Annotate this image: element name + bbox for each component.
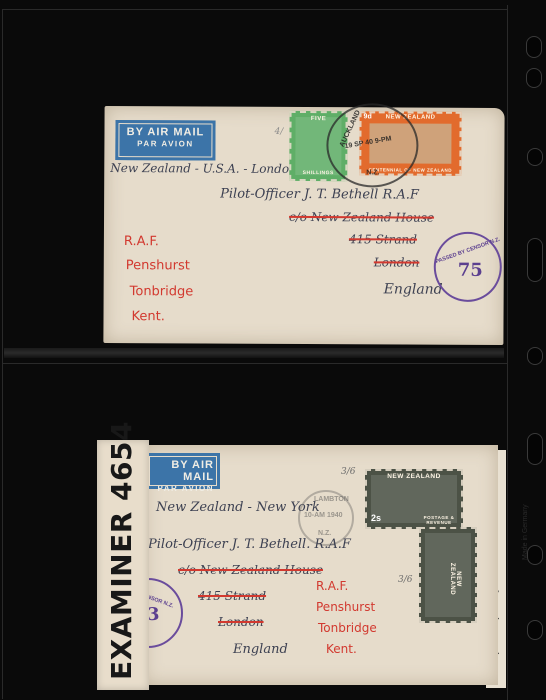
redirect-address-line-2: Penshurst	[316, 600, 375, 614]
airmail-label-line1: BY AIR MAIL	[117, 126, 213, 139]
original-address-line-3: London	[374, 255, 420, 269]
redirect-address-line-2: Penshurst	[126, 258, 190, 273]
postmark-date: 10-AM 1940	[304, 512, 343, 519]
album-frame-left	[2, 9, 3, 699]
addressee-name: Pilot-Officer J. T. Bethell R.A.F	[220, 187, 419, 203]
censor-number: 75	[458, 260, 483, 281]
stamp-2s-horizontal: NEW ZEALAND POSTAGE & REVENUE 2s	[365, 469, 463, 529]
route-note: New Zealand - New York	[156, 500, 320, 515]
stamp-2s-vertical: NEW ZEALAND	[419, 527, 477, 623]
postmark-country: N.Z.	[366, 169, 379, 176]
original-address-line-3: London	[218, 615, 264, 629]
stamp-label-top: NEW ZEALAND	[449, 559, 461, 599]
redirect-address-line-1: R.A.F.	[316, 579, 348, 593]
pocket-divider-strip	[4, 348, 504, 358]
stamp-value: 2s	[371, 513, 381, 523]
redirect-address-line-4: Kent.	[326, 642, 357, 656]
stamp-label-bottom: POSTAGE & REVENUE	[417, 515, 461, 525]
examiner-label: EXAMINER 4654	[97, 440, 149, 690]
country-line: England	[233, 642, 288, 657]
pencil-note: 3/6	[398, 575, 412, 585]
redirect-address-line-3: Tonbridge	[318, 621, 377, 635]
airmail-label-line2: PAR AVION	[148, 484, 218, 493]
binder-hole	[527, 238, 543, 282]
route-note: New Zealand - U.S.A. - London	[110, 161, 297, 176]
postmark-date: 19 SP 40 9-PM	[344, 135, 392, 150]
stamp-design	[425, 533, 471, 617]
redirect-address-line-4: Kent.	[131, 309, 164, 324]
airmail-label-line2: PAR AVION	[117, 139, 213, 149]
redirect-address-line-1: R.A.F.	[124, 234, 159, 249]
redirect-address-line-3: Tonbridge	[130, 284, 194, 299]
stamp-label-top: NEW ZEALAND	[367, 473, 461, 480]
original-address-line-1: c/o New Zealand House	[178, 563, 323, 577]
album-frame-right	[507, 5, 508, 700]
postmark-town: LAMBTON	[314, 496, 349, 503]
pencil-note: 4/	[274, 127, 283, 137]
album-sheet-imprint: Made in Germany	[522, 504, 529, 560]
country-line: England	[384, 281, 443, 297]
album-frame-top	[2, 9, 507, 10]
airmail-label: BY AIR MAIL PAR AVION	[146, 453, 220, 489]
airmail-label-line1: BY AIR MAIL	[148, 459, 218, 483]
censor-mark-75: PASSED BY CENSOR N.Z. 75	[434, 232, 502, 302]
binder-hole	[526, 68, 542, 88]
binder-hole	[527, 620, 543, 640]
pencil-note: 3/6	[341, 467, 355, 477]
binder-hole	[527, 545, 543, 565]
addressee-name: Pilot-Officer J. T. Bethell. R.A.F	[148, 537, 351, 552]
cover-1-envelope: BY AIR MAIL PAR AVION New Zealand - U.S.…	[103, 106, 504, 345]
original-address-line-2: 415 Strand	[349, 232, 417, 246]
auckland-postmark: AUCKLAND 19 SP 40 9-PM N.Z.	[326, 103, 418, 187]
binder-hole	[527, 148, 543, 166]
binder-hole	[527, 347, 543, 365]
cover-2-envelope: BY AIR MAIL PAR AVION New Zealand - New …	[143, 445, 498, 685]
pocket-divider-line	[2, 363, 507, 364]
binder-hole	[526, 36, 542, 58]
album-page: Made in Germany BY AIR MAIL PAR AVION Ne…	[0, 0, 546, 700]
airmail-label: BY AIR MAIL PAR AVION	[115, 120, 215, 161]
postmark-country: N.Z.	[318, 530, 331, 537]
examiner-label-text: EXAMINER 4654	[105, 421, 138, 680]
binder-hole	[527, 433, 543, 465]
original-address-line-2: 415 Strand	[198, 589, 266, 603]
original-address-line-1: c/o New Zealand House	[289, 210, 434, 225]
